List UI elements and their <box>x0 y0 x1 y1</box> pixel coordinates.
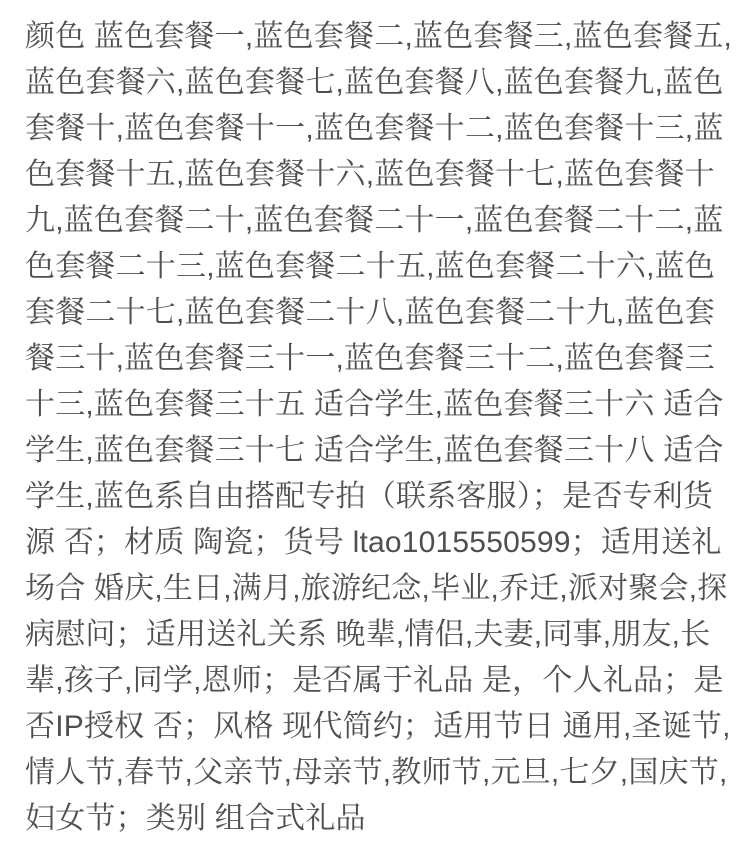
attributes-text-line: 病慰问；适用送礼关系 晚辈,情侣,夫妻,同事,朋友,长 <box>25 612 734 658</box>
attributes-text-line: 色套餐二十三,蓝色套餐二十五,蓝色套餐二十六,蓝色 <box>25 244 734 290</box>
attributes-text-line: 蓝色套餐六,蓝色套餐七,蓝色套餐八,蓝色套餐九,蓝色 <box>25 60 734 106</box>
attributes-text-line: 学生,蓝色套餐三十七 适合学生,蓝色套餐三十八 适合 <box>25 428 734 474</box>
product-attributes-text: 颜色 蓝色套餐一,蓝色套餐二,蓝色套餐三,蓝色套餐五, 蓝色套餐六,蓝色套餐七,… <box>0 0 750 842</box>
attributes-text-line: 套餐十,蓝色套餐十一,蓝色套餐十二,蓝色套餐十三,蓝 <box>25 106 734 152</box>
attributes-text-line: 否IP授权 否；风格 现代简约；适用节日 通用,圣诞节, <box>25 704 734 750</box>
attributes-text-line: 学生,蓝色系自由搭配专拍（联系客服）；是否专利货 <box>25 474 734 520</box>
attributes-text-line: 源 否；材质 陶瓷；货号 ltao1015550599；适用送礼 <box>25 520 734 566</box>
attributes-text-line: 妇女节；类别 组合式礼品 <box>25 796 734 842</box>
attributes-text-line: 十三,蓝色套餐三十五 适合学生,蓝色套餐三十六 适合 <box>25 382 734 428</box>
attributes-text-line: 场合 婚庆,生日,满月,旅游纪念,毕业,乔迁,派对聚会,探 <box>25 566 734 612</box>
attributes-text-line: 颜色 蓝色套餐一,蓝色套餐二,蓝色套餐三,蓝色套餐五, <box>25 14 734 60</box>
attributes-text-line: 辈,孩子,同学,恩师；是否属于礼品 是，个人礼品；是 <box>25 658 734 704</box>
attributes-text-line: 色套餐十五,蓝色套餐十六,蓝色套餐十七,蓝色套餐十 <box>25 152 734 198</box>
attributes-text-line: 餐三十,蓝色套餐三十一,蓝色套餐三十二,蓝色套餐三 <box>25 336 734 382</box>
attributes-text-line: 情人节,春节,父亲节,母亲节,教师节,元旦,七夕,国庆节, <box>25 750 734 796</box>
attributes-text-line: 九,蓝色套餐二十,蓝色套餐二十一,蓝色套餐二十二,蓝 <box>25 198 734 244</box>
attributes-text-line: 套餐二十七,蓝色套餐二十八,蓝色套餐二十九,蓝色套 <box>25 290 734 336</box>
